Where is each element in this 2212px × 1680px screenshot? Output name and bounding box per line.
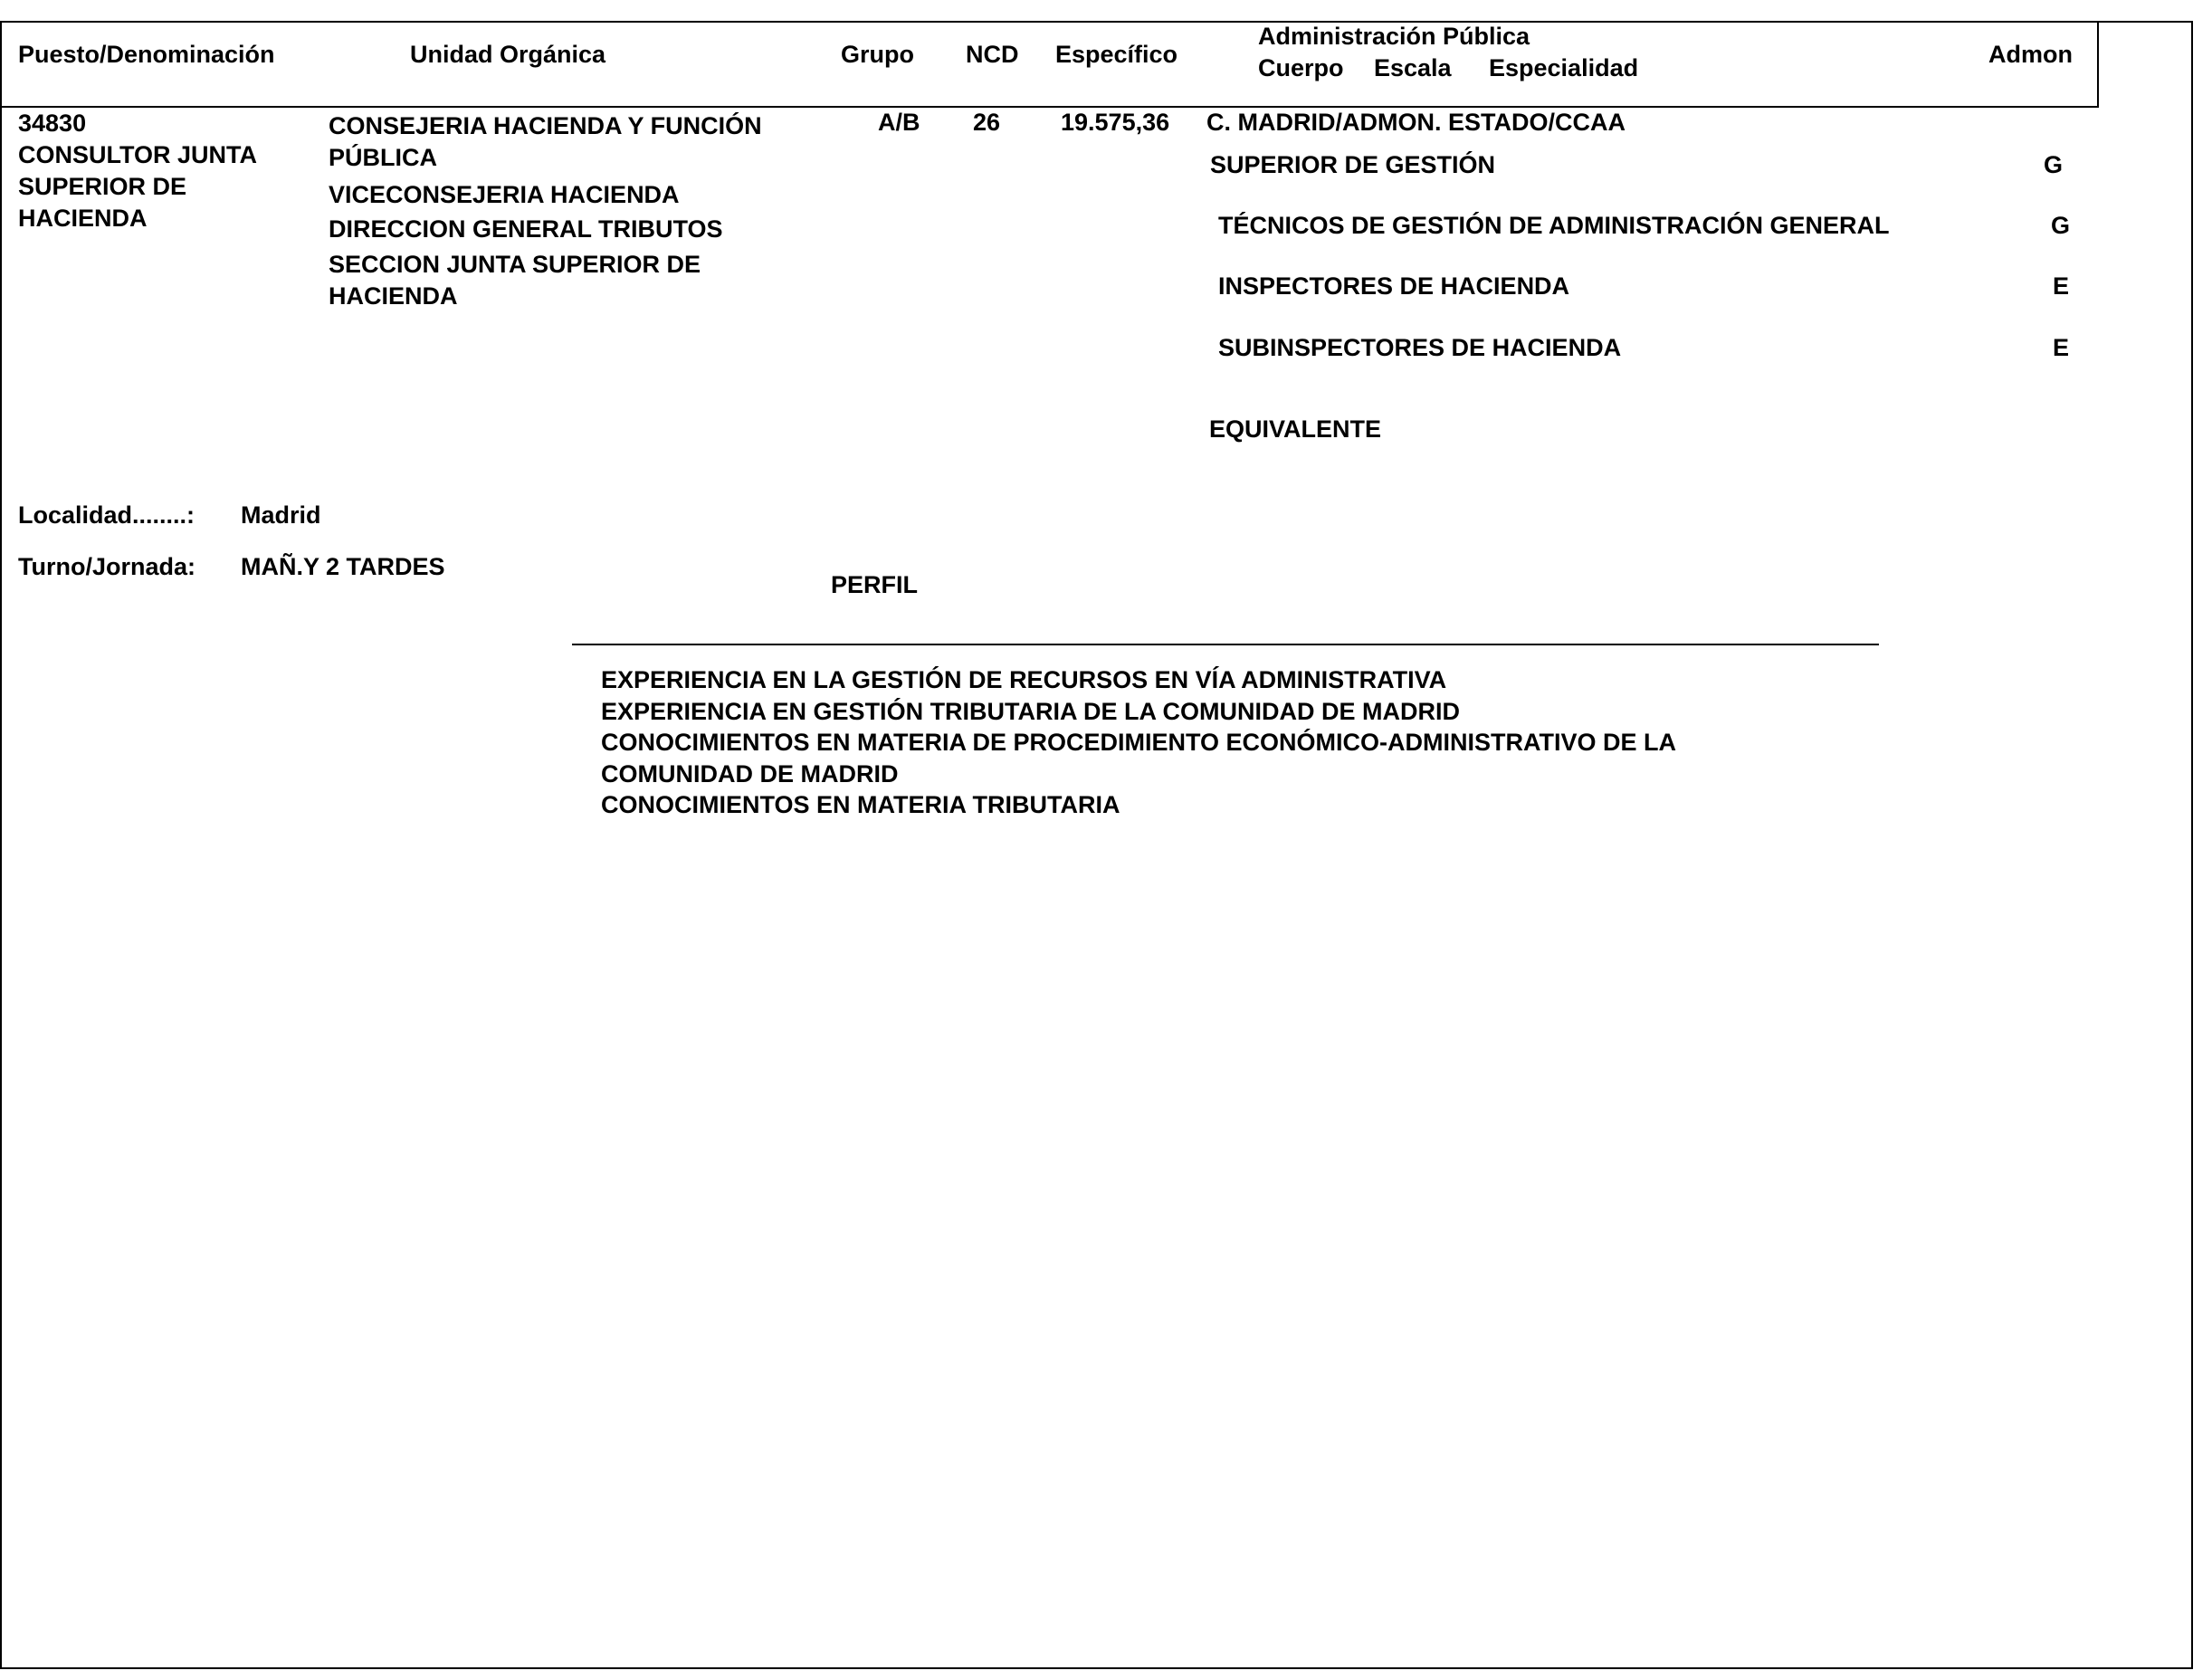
- cuerpo-admon: G: [2051, 214, 2070, 238]
- perfil-line: EXPERIENCIA EN GESTIÓN TRIBUTARIA DE LA …: [601, 700, 1460, 724]
- header-especifico: Específico: [1055, 43, 1178, 67]
- unidad-organica-line: DIRECCION GENERAL TRIBUTOS: [329, 217, 723, 242]
- perfil-line: COMUNIDAD DE MADRID: [601, 762, 898, 787]
- cuerpo-nombre: TÉCNICOS DE GESTIÓN DE ADMINISTRACIÓN GE…: [1218, 214, 1890, 238]
- unidad-organica-line: HACIENDA: [329, 284, 458, 309]
- localidad-label: Localidad........:: [18, 503, 195, 528]
- perfil-line: EXPERIENCIA EN LA GESTIÓN DE RECURSOS EN…: [601, 668, 1446, 692]
- ncd-value: 26: [973, 110, 1000, 135]
- equivalente-label: EQUIVALENTE: [1209, 417, 1381, 442]
- cuerpo-admon: E: [2053, 274, 2069, 299]
- perfil-line: CONOCIMIENTOS EN MATERIA DE PROCEDIMIENT…: [601, 730, 1676, 755]
- header-puesto-denominacion: Puesto/Denominación: [18, 43, 275, 67]
- administracion-value: C. MADRID/ADMON. ESTADO/CCAA: [1206, 110, 1626, 135]
- unidad-organica-line: VICECONSEJERIA HACIENDA: [329, 183, 680, 207]
- cuerpo-nombre: SUPERIOR DE GESTIÓN: [1210, 153, 1495, 177]
- perfil-divider: [572, 644, 1879, 645]
- grupo-value: A/B: [878, 110, 920, 135]
- header-escala: Escala: [1374, 56, 1452, 81]
- puesto-denominacion-line: HACIENDA: [18, 206, 148, 231]
- perfil-line: CONOCIMIENTOS EN MATERIA TRIBUTARIA: [601, 793, 1120, 817]
- turno-label: Turno/Jornada:: [18, 555, 195, 579]
- puesto-codigo: 34830: [18, 111, 86, 136]
- header-administracion-publica: Administración Pública: [1258, 24, 1530, 49]
- cuerpo-nombre: SUBINSPECTORES DE HACIENDA: [1218, 336, 1621, 360]
- header-grupo: Grupo: [841, 43, 914, 67]
- header-admon: Admon: [1988, 43, 2073, 67]
- header-especialidad: Especialidad: [1489, 56, 1638, 81]
- header-box: [0, 21, 2099, 108]
- especifico-value: 19.575,36: [1061, 110, 1169, 135]
- unidad-organica-line: CONSEJERIA HACIENDA Y FUNCIÓN: [329, 114, 762, 138]
- puesto-denominacion-line: SUPERIOR DE: [18, 175, 186, 199]
- localidad-value: Madrid: [241, 503, 321, 528]
- header-cuerpo: Cuerpo: [1258, 56, 1344, 81]
- cuerpo-admon: E: [2053, 336, 2069, 360]
- cuerpo-nombre: INSPECTORES DE HACIENDA: [1218, 274, 1569, 299]
- turno-value: MAÑ.Y 2 TARDES: [241, 555, 445, 579]
- cuerpo-admon: G: [2044, 153, 2063, 177]
- header-unidad-organica: Unidad Orgánica: [410, 43, 605, 67]
- unidad-organica-line: PÚBLICA: [329, 146, 437, 170]
- perfil-title: PERFIL: [831, 573, 918, 597]
- puesto-denominacion-line: CONSULTOR JUNTA: [18, 143, 257, 167]
- header-ncd: NCD: [966, 43, 1019, 67]
- unidad-organica-line: SECCION JUNTA SUPERIOR DE: [329, 253, 701, 277]
